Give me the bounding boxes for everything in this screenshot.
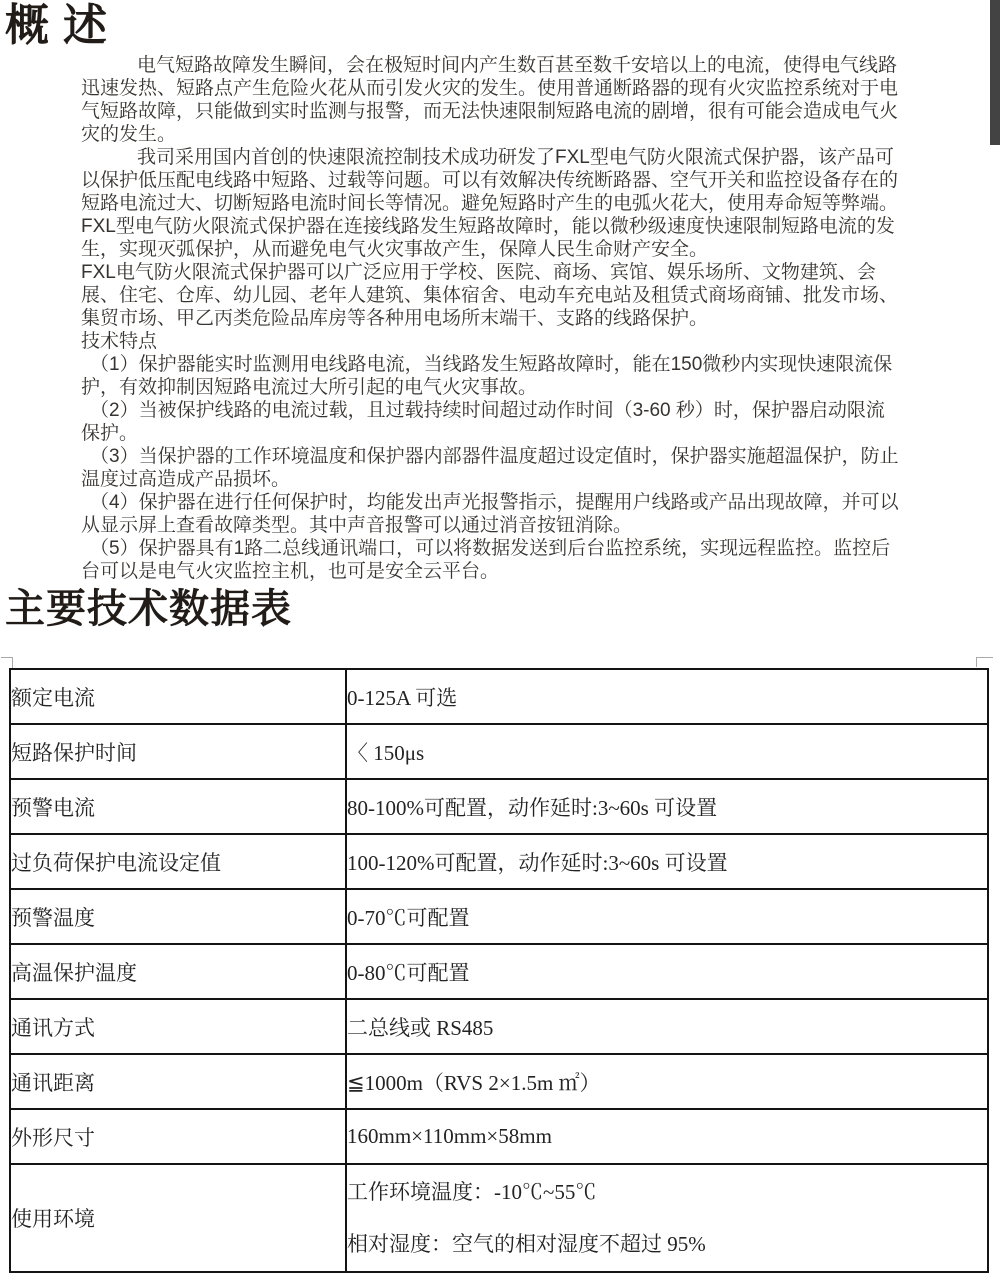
spec-value: 0-125A 可选: [346, 669, 988, 724]
overview-heading: 概述: [5, 3, 121, 49]
spec-value: 80-100%可配置，动作延时:3~60s 可设置: [346, 779, 988, 834]
table-row: 通讯距离 ≦1000m（RVS 2×1.5m ㎡）: [10, 1054, 988, 1109]
spec-value-line-2: 相对湿度：空气的相对湿度不超过 95%: [347, 1218, 987, 1270]
spec-value: 160mm×110mm×58mm: [346, 1109, 988, 1164]
paragraph-product-intro: 我司采用国内首创的快速限流控制技术成功研发了FXL型电气防火限流式保护器，该产品…: [81, 146, 899, 261]
spec-value: 〈 150μs: [346, 724, 988, 779]
paragraph-applications: FXL电气防火限流式保护器可以广泛应用于学校、医院、商场、宾馆、娱乐场所、文物建…: [81, 261, 899, 330]
feature-item-1: （1）保护器能实时监测用电线路电流，当线路发生短路故障时，能在150微秒内实现快…: [81, 353, 899, 399]
spec-value: 100-120%可配置，动作延时:3~60s 可设置: [346, 834, 988, 889]
spec-value: 二总线或 RS485: [346, 999, 988, 1054]
spec-label: 短路保护时间: [10, 724, 346, 779]
paragraph-short-circuit-intro: 电气短路故障发生瞬间，会在极短时间内产生数百甚至数千安培以上的电流，使得电气线路…: [81, 54, 899, 146]
table-handle-top-left-icon: [1, 657, 13, 668]
table-row: 外形尺寸 160mm×110mm×58mm: [10, 1109, 988, 1164]
spec-value-line-1: 工作环境温度：-10℃~55℃: [347, 1166, 987, 1218]
table-row: 使用环境 工作环境温度：-10℃~55℃ 相对湿度：空气的相对湿度不超过 95%: [10, 1164, 988, 1272]
spec-label: 使用环境: [10, 1164, 346, 1272]
spec-label: 通讯距离: [10, 1054, 346, 1109]
spec-value: ≦1000m（RVS 2×1.5m ㎡）: [346, 1054, 988, 1109]
spec-label: 额定电流: [10, 669, 346, 724]
table-handle-top-right-icon: [976, 657, 993, 667]
overview-section: 电气短路故障发生瞬间，会在极短时间内产生数百甚至数千安培以上的电流，使得电气线路…: [81, 54, 899, 583]
feature-item-2: （2）当被保护线路的电流过载，且过载持续时间超过动作时间（3-60 秒）时，保护…: [81, 399, 899, 445]
spec-table: 额定电流 0-125A 可选 短路保护时间 〈 150μs 预警电流 80-10…: [9, 668, 989, 1273]
spec-label: 通讯方式: [10, 999, 346, 1054]
scan-edge-artifact: [990, 0, 1000, 145]
table-row: 过负荷保护电流设定值 100-120%可配置，动作延时:3~60s 可设置: [10, 834, 988, 889]
feature-item-5: （5）保护器具有1路二总线通讯端口，可以将数据发送到后台监控系统，实现远程监控。…: [81, 537, 899, 583]
spec-value: 工作环境温度：-10℃~55℃ 相对湿度：空气的相对湿度不超过 95%: [346, 1164, 988, 1272]
spec-value: 0-80℃可配置: [346, 944, 988, 999]
table-row: 短路保护时间 〈 150μs: [10, 724, 988, 779]
spec-table-heading: 主要技术数据表: [5, 588, 292, 630]
spec-label: 预警温度: [10, 889, 346, 944]
features-title: 技术特点: [81, 330, 899, 353]
feature-item-4: （4）保护器在进行任何保护时，均能发出声光报警指示，提醒用户线路或产品出现故障，…: [81, 491, 899, 537]
spec-label: 外形尺寸: [10, 1109, 346, 1164]
table-row: 预警温度 0-70℃可配置: [10, 889, 988, 944]
table-row: 额定电流 0-125A 可选: [10, 669, 988, 724]
table-row: 预警电流 80-100%可配置，动作延时:3~60s 可设置: [10, 779, 988, 834]
feature-item-3: （3）当保护器的工作环境温度和保护器内部器件温度超过设定值时，保护器实施超温保护…: [81, 445, 899, 491]
document-page: 概述 电气短路故障发生瞬间，会在极短时间内产生数百甚至数千安培以上的电流，使得电…: [0, 0, 1000, 1280]
spec-label: 高温保护温度: [10, 944, 346, 999]
table-row: 通讯方式 二总线或 RS485: [10, 999, 988, 1054]
spec-label: 预警电流: [10, 779, 346, 834]
spec-label: 过负荷保护电流设定值: [10, 834, 346, 889]
table-row: 高温保护温度 0-80℃可配置: [10, 944, 988, 999]
spec-value: 0-70℃可配置: [346, 889, 988, 944]
